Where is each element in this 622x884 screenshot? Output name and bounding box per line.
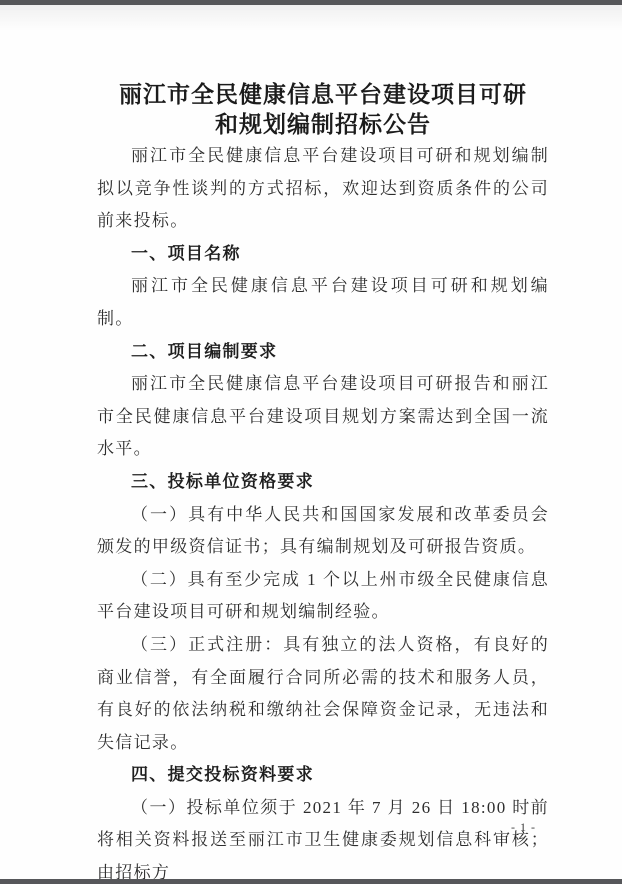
section-heading: 二、项目编制要求 <box>97 336 549 369</box>
paragraph: 丽江市全民健康信息平台建设项目可研和规划编制。 <box>97 270 549 335</box>
document-title: 丽江市全民健康信息平台建设项目可研 和规划编制招标公告 <box>97 80 549 140</box>
section-compilation-requirements: 二、项目编制要求 丽江市全民健康信息平台建设项目可研报告和丽江市全民健康信息平台… <box>97 336 549 466</box>
scan-edge-bottom <box>0 879 622 884</box>
intro-paragraph: 丽江市全民健康信息平台建设项目可研和规划编制拟以竞争性谈判的方式招标，欢迎达到资… <box>97 140 549 238</box>
document-content: 丽江市全民健康信息平台建设项目可研 和规划编制招标公告 丽江市全民健康信息平台建… <box>97 0 549 884</box>
paragraph: （二）具有至少完成 1 个以上州市级全民健康信息平台建设项目可研和规划编制经验。 <box>97 564 549 629</box>
paragraph: （一）投标单位须于 2021 年 7 月 26 日 18:00 时前将相关资料报… <box>97 792 549 884</box>
scanned-document-page: 丽江市全民健康信息平台建设项目可研 和规划编制招标公告 丽江市全民健康信息平台建… <box>0 0 622 884</box>
section-heading: 三、投标单位资格要求 <box>97 466 549 499</box>
section-project-name: 一、项目名称 丽江市全民健康信息平台建设项目可研和规划编制。 <box>97 238 549 336</box>
title-line-2: 和规划编制招标公告 <box>215 112 431 137</box>
document-body: 丽江市全民健康信息平台建设项目可研和规划编制拟以竞争性谈判的方式招标，欢迎达到资… <box>97 140 549 884</box>
page-number: - 1 - <box>511 820 536 835</box>
paragraph: （三）正式注册：具有独立的法人资格，有良好的商业信誉，有全面履行合同所必需的技术… <box>97 629 549 759</box>
section-heading: 四、提交投标资料要求 <box>97 759 549 792</box>
section-heading: 一、项目名称 <box>97 238 549 271</box>
paragraph: 丽江市全民健康信息平台建设项目可研报告和丽江市全民健康信息平台建设项目规划方案需… <box>97 368 549 466</box>
paragraph: （一）具有中华人民共和国国家发展和改革委员会颁发的甲级资信证书；具有编制规划及可… <box>97 499 549 564</box>
section-submission-requirements: 四、提交投标资料要求 （一）投标单位须于 2021 年 7 月 26 日 18:… <box>97 759 549 884</box>
section-bidder-qualifications: 三、投标单位资格要求 （一）具有中华人民共和国国家发展和改革委员会颁发的甲级资信… <box>97 466 549 759</box>
title-line-1: 丽江市全民健康信息平台建设项目可研 <box>119 82 527 107</box>
